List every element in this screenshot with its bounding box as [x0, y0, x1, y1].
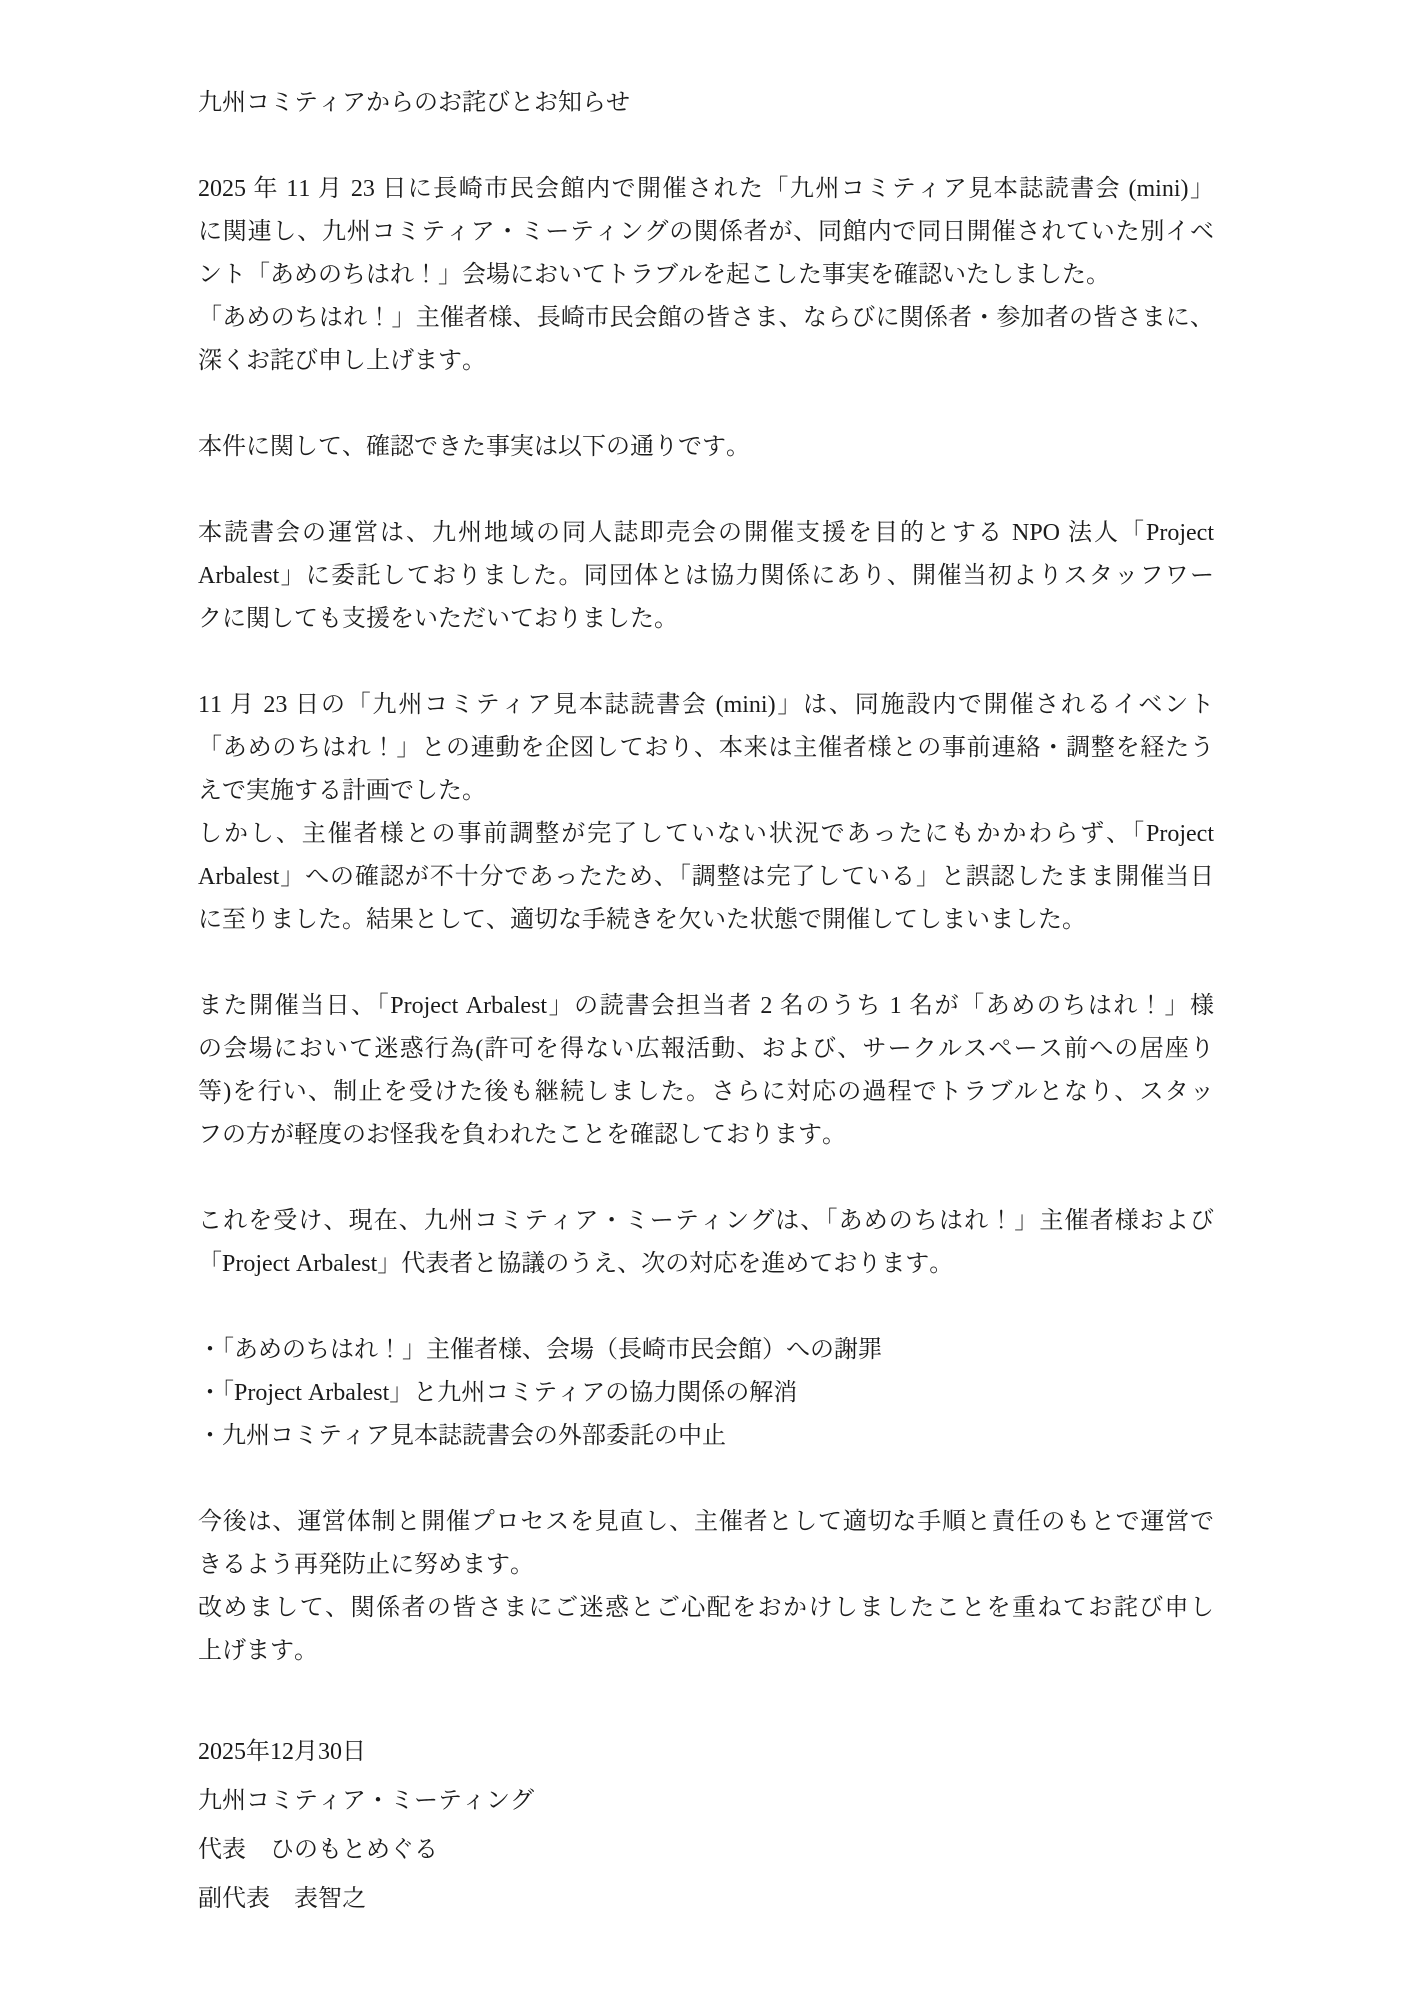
paragraph-fact-incident: また開催当日、「Project Arbalest」の読書会担当者 2 名のうち …: [198, 985, 1214, 1157]
text-line: 等)を行い、制止を受けた後も継続しました。さらに対応の過程でトラブルとなり、スタ…: [198, 1071, 1214, 1114]
signature-date: 2025年12月30日: [198, 1728, 1214, 1777]
text-line: クに関しても支援をいただいておりました。: [198, 598, 1214, 641]
blank-line: [198, 469, 1214, 512]
text-line: 深くお詫び申し上げます。: [198, 340, 1214, 383]
list-item: ・九州コミティア見本誌読書会の外部委託の中止: [198, 1415, 1214, 1458]
text-line: 改めまして、関係者の皆さまにご迷惑とご心配をおかけしましたことを重ねてお詫び申し: [198, 1587, 1214, 1630]
text-line: 今後は、運営体制と開催プロセスを見直し、主催者として適切な手順と責任のもとで運営…: [198, 1501, 1214, 1544]
signature-representative: 代表 ひのもとめぐる: [198, 1826, 1214, 1875]
text-line: フの方が軽度のお怪我を負われたことを確認しております。: [198, 1114, 1214, 1157]
paragraph-apology-intro: 2025 年 11 月 23 日に長崎市民会館内で開催された「九州コミティア見本…: [198, 168, 1214, 383]
document-title: 九州コミティアからのお詫びとお知らせ: [198, 82, 1214, 125]
blank-line: [198, 1157, 1214, 1200]
text-line: 11 月 23 日の「九州コミティア見本誌読書会 (mini)」は、同施設内で開…: [198, 684, 1214, 727]
blank-line: [198, 1458, 1214, 1501]
blank-line: [198, 1286, 1214, 1329]
text-line: の会場において迷惑行為(許可を得ない広報活動、および、サークルスペース前への居座…: [198, 1028, 1214, 1071]
paragraph-fact-delegation: 本読書会の運営は、九州地域の同人誌即売会の開催支援を目的とする NPO 法人「P…: [198, 512, 1214, 641]
action-list: ・「あめのちはれ！」主催者様、会場（長崎市民会館）への謝罪 ・「Project …: [198, 1329, 1214, 1458]
signature-organization: 九州コミティア・ミーティング: [198, 1777, 1214, 1826]
text-line: 本件に関して、確認できた事実は以下の通りです。: [198, 426, 1214, 469]
text-line: に関連し、九州コミティア・ミーティングの関係者が、同館内で同日開催されていた別イ…: [198, 211, 1214, 254]
text-line: に至りました。結果として、適切な手続きを欠いた状態で開催してしまいました。: [198, 899, 1214, 942]
document-page: 九州コミティアからのお詫びとお知らせ 2025 年 11 月 23 日に長崎市民…: [0, 0, 1414, 2000]
paragraph-fact-coordination: 11 月 23 日の「九州コミティア見本誌読書会 (mini)」は、同施設内で開…: [198, 684, 1214, 942]
text-line: 上げます。: [198, 1630, 1214, 1673]
paragraph-facts-lead: 本件に関して、確認できた事実は以下の通りです。: [198, 426, 1214, 469]
text-line: 2025 年 11 月 23 日に長崎市民会館内で開催された「九州コミティア見本…: [198, 168, 1214, 211]
blank-line: [198, 641, 1214, 684]
text-line: えで実施する計画でした。: [198, 770, 1214, 813]
text-line: Arbalest」に委託しておりました。同団体とは協力関係にあり、開催当初よりス…: [198, 555, 1214, 598]
text-line: ント「あめのちはれ！」会場においてトラブルを起こした事実を確認いたしました。: [198, 254, 1214, 297]
text-line: Arbalest」への確認が不十分であったため、「調整は完了している」と誤認した…: [198, 856, 1214, 899]
text-line: きるよう再発防止に努めます。: [198, 1544, 1214, 1587]
paragraph-closing: 今後は、運営体制と開催プロセスを見直し、主催者として適切な手順と責任のもとで運営…: [198, 1501, 1214, 1673]
text-line: 本読書会の運営は、九州地域の同人誌即売会の開催支援を目的とする NPO 法人「P…: [198, 512, 1214, 555]
list-item: ・「Project Arbalest」と九州コミティアの協力関係の解消: [198, 1372, 1214, 1415]
text-line: また開催当日、「Project Arbalest」の読書会担当者 2 名のうち …: [198, 985, 1214, 1028]
signature-block: 2025年12月30日 九州コミティア・ミーティング 代表 ひのもとめぐる 副代…: [198, 1728, 1214, 1924]
blank-line: [198, 942, 1214, 985]
text-line: しかし、主催者様との事前調整が完了していない状況であったにもかかわらず、「Pro…: [198, 813, 1214, 856]
text-line: これを受け、現在、九州コミティア・ミーティングは、「あめのちはれ！」主催者様およ…: [198, 1200, 1214, 1243]
text-line: 「Project Arbalest」代表者と協議のうえ、次の対応を進めております…: [198, 1243, 1214, 1286]
paragraph-response-lead: これを受け、現在、九州コミティア・ミーティングは、「あめのちはれ！」主催者様およ…: [198, 1200, 1214, 1286]
blank-line: [198, 383, 1214, 426]
list-item: ・「あめのちはれ！」主催者様、会場（長崎市民会館）への謝罪: [198, 1329, 1214, 1372]
text-line: 「あめのちはれ！」主催者様、長崎市民会館の皆さま、ならびに関係者・参加者の皆さま…: [198, 297, 1214, 340]
text-line: 「あめのちはれ！」との連動を企図しており、本来は主催者様との事前連絡・調整を経た…: [198, 727, 1214, 770]
signature-deputy-representative: 副代表 表智之: [198, 1875, 1214, 1924]
blank-line: [198, 125, 1214, 168]
